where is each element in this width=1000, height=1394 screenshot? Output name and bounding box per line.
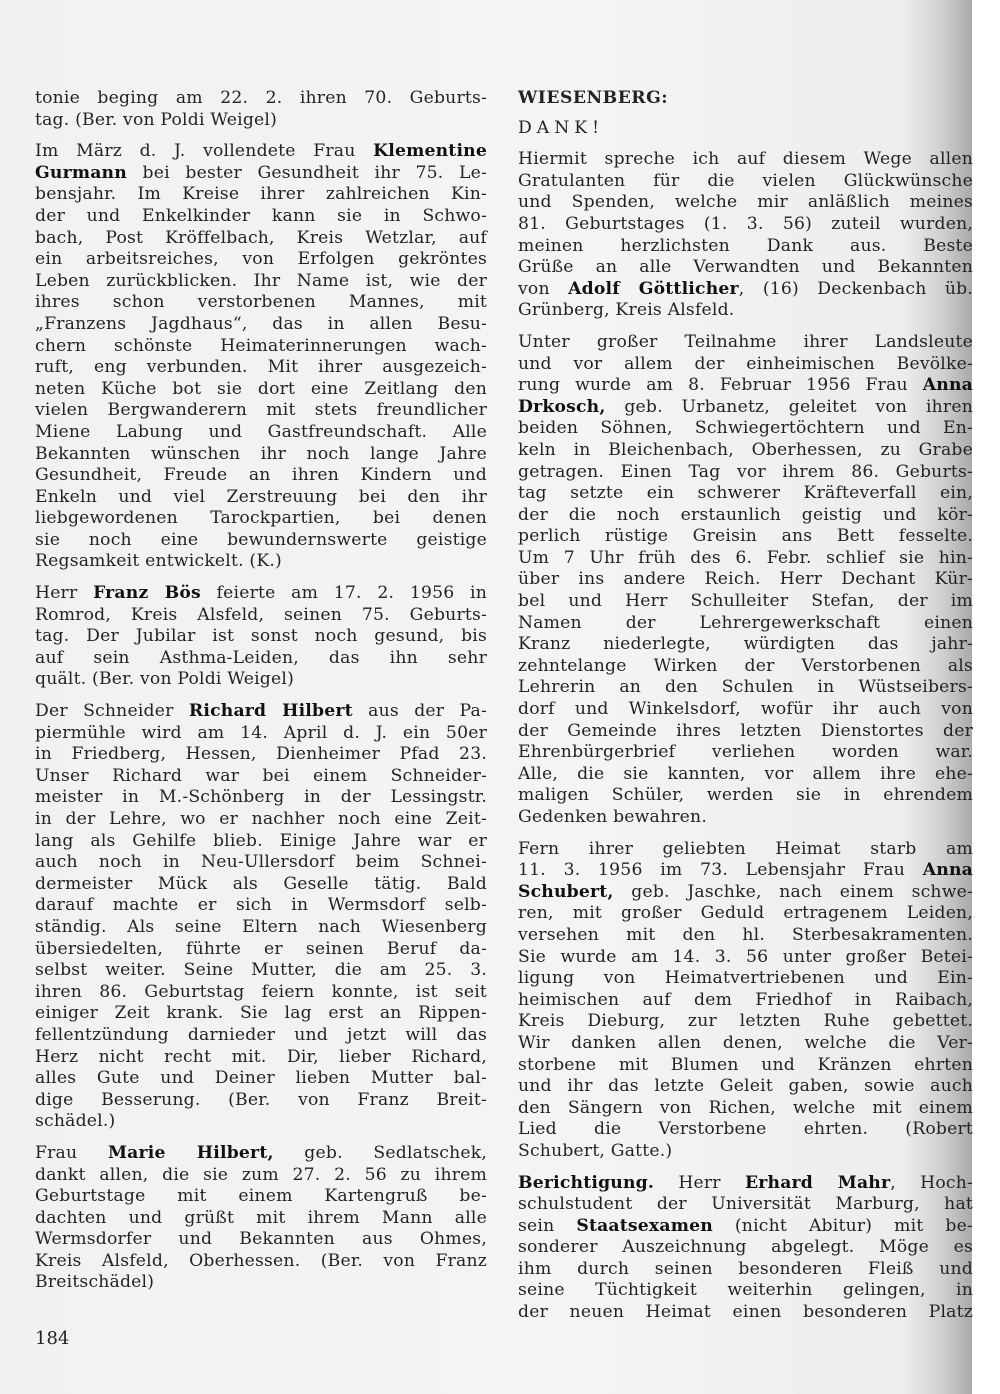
text-line: schädel.) [35, 1111, 487, 1133]
text-line: fellentzündung darnieder und jetzt will … [35, 1025, 487, 1047]
text-line: neten Küche bot sie dort eine Zeitlang d… [35, 379, 487, 401]
text-line: Unser Richard war bei einem Schneider- [35, 766, 487, 788]
text-line: sonderer Auszeichnung abgelegt. Möge es [518, 1237, 973, 1259]
text-line: 11. 3. 1956 im 73. Lebensjahr Frau Anna [518, 860, 973, 882]
text-line: Wir danken allen denen, welche die Ver- [518, 1033, 973, 1055]
text-line: in Friedberg, Hessen, Dienheimer Pfad 23… [35, 744, 487, 766]
text-line: Breitschädel) [35, 1272, 487, 1294]
text-line: in der Lehre, wo er nachher noch eine Ze… [35, 809, 487, 831]
text-line: tonie beging am 22. 2. ihren 70. Geburts… [35, 88, 487, 110]
text-line: ständig. Als seine Eltern nach Wiesenber… [35, 917, 487, 939]
bold-name: Richard Hilbert [189, 701, 353, 721]
text-line: darauf machte er sich in Wermsdorf selb- [35, 895, 487, 917]
page-number: 184 [35, 1328, 69, 1349]
text-line: ren, mit großer Geduld ertragenem Leiden… [518, 903, 973, 925]
text-line: versehen mit den hl. Sterbesakramenten. [518, 925, 973, 947]
article-paragraph: Frau Marie Hilbert, geb. Sedlatschek,dan… [35, 1143, 487, 1294]
text-line: tag. (Ber. von Poldi Weigel) [35, 110, 487, 132]
text-line: über ins andere Reich. Herr Dechant Kür- [518, 569, 973, 591]
scanned-page: tonie beging am 22. 2. ihren 70. Geburts… [0, 0, 972, 1394]
text-line: seine Tüchtigkeit weiterhin gelingen, in [518, 1280, 973, 1302]
text-line: Um 7 Uhr früh des 6. Febr. schlief sie h… [518, 548, 973, 570]
text-line: Berichtigung. Herr Erhard Mahr, Hoch- [518, 1173, 973, 1195]
section-heading: WIESENBERG: [518, 88, 973, 110]
text-line: Unter großer Teilnahme ihrer Landsleute [518, 332, 973, 354]
text-line: perlich rüstige Greisin ans Bett fesselt… [518, 526, 973, 548]
bold-name: Staatsexamen [576, 1216, 713, 1236]
text-line: Gedenken bewahren. [518, 807, 973, 829]
text-line: dachten und grüßt mit ihrem Mann alle [35, 1208, 487, 1230]
text-line: Romrod, Kreis Alsfeld, seinen 75. Geburt… [35, 605, 487, 627]
text-line: Gurmann bei bester Gesundheit ihr 75. Le… [35, 163, 487, 185]
text-line: und ihr das letzte Geleit gaben, sowie a… [518, 1076, 973, 1098]
text-line: der neuen Heimat einen besonderen Platz [518, 1302, 973, 1324]
article-paragraph: Der Schneider Richard Hilbert aus der Pa… [35, 701, 487, 1133]
text-line: Hiermit spreche ich auf diesem Wege alle… [518, 149, 973, 171]
text-line: sie noch eine bewundernswerte geistige [35, 530, 487, 552]
text-line: meinen herzlichsten Dank aus. Beste [518, 236, 973, 258]
text-line: ruft, eng verbunden. Mit ihrer ausgezeic… [35, 357, 487, 379]
text-line: Lehrerin an den Schulen in Wüstseibers- [518, 677, 973, 699]
text-line: und Spenden, welche mir anläßlich meines [518, 192, 973, 214]
text-line: Grünberg, Kreis Alsfeld. [518, 300, 973, 322]
article-paragraph: Berichtigung. Herr Erhard Mahr, Hoch-sch… [518, 1173, 973, 1324]
text-line: Der Schneider Richard Hilbert aus der Pa… [35, 701, 487, 723]
text-line: einiger Zeit krank. Sie lag erst an Ripp… [35, 1003, 487, 1025]
text-line: Grüße an alle Verwandten und Bekannten [518, 257, 973, 279]
text-line: Drkosch, geb. Urbanetz, geleitet von ihr… [518, 397, 973, 419]
text-line: Geburtstage mit einem Kartengruß be- [35, 1186, 487, 1208]
text-line: tag. Der Jubilar ist sonst noch gesund, … [35, 626, 487, 648]
bold-name: Anna [923, 860, 973, 880]
text-line: auch noch in Neu-Ullersdorf beim Schnei- [35, 852, 487, 874]
bold-name: Marie Hilbert, [108, 1143, 274, 1163]
text-line: beiden Söhnen, Schwiegertöchtern und En- [518, 418, 973, 440]
text-line: bel und Herr Schulleiter Stefan, der im [518, 591, 973, 613]
text-line: zehntelange Wirken der Verstorbenen als [518, 656, 973, 678]
left-column: tonie beging am 22. 2. ihren 70. Geburts… [35, 88, 487, 1304]
bold-name: Schubert, [518, 882, 614, 902]
text-line: Herr Franz Bös feierte am 17. 2. 1956 in [35, 583, 487, 605]
text-line: Bekannten wünschen ihr noch lange Jahre [35, 444, 487, 466]
text-line: den Sängern von Richen, welche mit einem [518, 1098, 973, 1120]
text-line: Alle, die sie kannten, vor allem ihre eh… [518, 764, 973, 786]
text-line: chern schönste Heimaterinnerungen wach- [35, 336, 487, 358]
text-line: Schubert, geb. Jaschke, nach einem schwe… [518, 882, 973, 904]
text-line: „Franzens Jagdhaus“, das in allen Besu- [35, 314, 487, 336]
text-line: 81. Geburtstages (1. 3. 56) zuteil wurde… [518, 214, 973, 236]
text-line: von Adolf Göttlicher, (16) Deckenbach üb… [518, 279, 973, 301]
article-paragraph: Hiermit spreche ich auf diesem Wege alle… [518, 149, 973, 322]
text-line: Lied die Verstorbene ehrten. (Robert [518, 1119, 973, 1141]
text-line: keln in Bleichenbach, Oberhessen, zu Gra… [518, 440, 973, 462]
text-line: ihres schon verstorbenen Mannes, mit [35, 292, 487, 314]
text-line: der die noch erstaunlich geistig und kör… [518, 505, 973, 527]
article-paragraph: Unter großer Teilnahme ihrer Landsleuteu… [518, 332, 973, 829]
text-line: ligung von Heimatvertriebenen und Ein- [518, 968, 973, 990]
bold-name: Drkosch, [518, 397, 606, 417]
bold-name: Franz Bös [93, 583, 201, 603]
article-paragraph: Fern ihrer geliebten Heimat starb am11. … [518, 839, 973, 1163]
article-paragraph: Herr Franz Bös feierte am 17. 2. 1956 in… [35, 583, 487, 691]
text-line: meister in M.-Schönberg in der Lessingst… [35, 787, 487, 809]
bold-name: Gurmann [35, 163, 127, 183]
text-line: Kreis Dieburg, zur letzten Ruhe gebettet… [518, 1011, 973, 1033]
text-line: Regsamkeit entwickelt. (K.) [35, 551, 487, 573]
text-line: tag setzte ein schwerer Kräfteverfall ei… [518, 483, 973, 505]
text-line: Sie wurde am 14. 3. 56 unter großer Bete… [518, 947, 973, 969]
bold-name: Berichtigung. [518, 1173, 654, 1193]
text-line: Ehrenbürgerbrief verliehen worden war. [518, 742, 973, 764]
text-line: Leben zurückblicken. Ihr Name ist, wie d… [35, 271, 487, 293]
bold-name: Anna [923, 375, 973, 395]
text-line: übersiedelten, führte er seinen Beruf da… [35, 939, 487, 961]
text-line: auf sein Asthma-Leiden, das ihn sehr [35, 648, 487, 670]
right-column: WIESENBERG: DANK! Hiermit spreche ich au… [518, 88, 973, 1334]
text-line: ihren 86. Geburtstag feiern konnte, ist … [35, 982, 487, 1004]
text-line: storbene mit Blumen und Kränzen ehrten [518, 1055, 973, 1077]
text-line: piermühle wird am 14. April d. J. ein 50… [35, 723, 487, 745]
text-line: quält. (Ber. von Poldi Weigel) [35, 669, 487, 691]
text-line: dorf und Winkelsdorf, wofür ihr auch von [518, 699, 973, 721]
text-line: Im März d. J. vollendete Frau Klementine [35, 141, 487, 163]
text-line: bensjahr. Im Kreise ihrer zahlreichen Ki… [35, 184, 487, 206]
article-paragraph: Im März d. J. vollendete Frau Klementine… [35, 141, 487, 573]
text-line: Kreis Alsfeld, Oberhessen. (Ber. von Fra… [35, 1251, 487, 1273]
text-line: Herz nicht recht mit. Dir, lieber Richar… [35, 1047, 487, 1069]
text-line: rung wurde am 8. Februar 1956 Frau Anna [518, 375, 973, 397]
text-line: liebgewordenen Tarockpartien, bei denen [35, 508, 487, 530]
text-line: Enkeln und viel Zerstreuung bei den ihr [35, 487, 487, 509]
text-line: dankt allen, die sie zum 27. 2. 56 zu ih… [35, 1165, 487, 1187]
text-line: maligen Schüler, werden sie in ehrendem [518, 785, 973, 807]
text-line: selbst weiter. Seine Mutter, die am 25. … [35, 960, 487, 982]
text-line: heimischen auf dem Friedhof in Raibach, [518, 990, 973, 1012]
text-line: ihm durch seinen besonderen Fleiß und [518, 1259, 973, 1281]
text-line: dige Besserung. (Ber. von Franz Breit- [35, 1090, 487, 1112]
bold-name: Klementine [373, 141, 487, 161]
text-line: Schubert, Gatte.) [518, 1141, 973, 1163]
text-line: dermeister Mück als Geselle tätig. Bald [35, 874, 487, 896]
dank-subheading: DANK! [518, 118, 973, 140]
article-paragraph: tonie beging am 22. 2. ihren 70. Geburts… [35, 88, 487, 131]
bold-name: Adolf Göttlicher [568, 279, 739, 299]
text-line: Miene Labung und Gastfreundschaft. Alle [35, 422, 487, 444]
text-line: der Gemeinde ihres letzten Dienstortes d… [518, 721, 973, 743]
bold-name: Erhard Mahr [745, 1173, 890, 1193]
text-line: Kranz niederlegte, würdigten das jahr- [518, 634, 973, 656]
text-line: schulstudent der Universität Marburg, ha… [518, 1194, 973, 1216]
text-line: bach, Post Kröffelbach, Kreis Wetzlar, a… [35, 228, 487, 250]
text-line: alles Gute und Deiner lieben Mutter bal- [35, 1068, 487, 1090]
text-line: und vor allem der einheimischen Bevölke- [518, 354, 973, 376]
text-line: ein arbeitsreiches, von Erfolgen gekrönt… [35, 249, 487, 271]
text-line: getragen. Einen Tag vor ihrem 86. Geburt… [518, 462, 973, 484]
text-line: sein Staatsexamen (nicht Abitur) mit be- [518, 1216, 973, 1238]
text-line: der und Enkelkinder kann sie in Schwo- [35, 206, 487, 228]
text-line: vielen Bergwanderern mit stets freundlic… [35, 400, 487, 422]
text-line: Fern ihrer geliebten Heimat starb am [518, 839, 973, 861]
text-line: Gratulanten für die vielen Glückwünsche [518, 171, 973, 193]
text-line: Namen der Lehrergewerkschaft einen [518, 613, 973, 635]
text-line: Wermsdorfer und Bekannten aus Ohmes, [35, 1229, 487, 1251]
text-line: lang als Gehilfe blieb. Einige Jahre war… [35, 831, 487, 853]
text-line: Frau Marie Hilbert, geb. Sedlatschek, [35, 1143, 487, 1165]
text-line: Gesundheit, Freude an ihren Kindern und [35, 465, 487, 487]
